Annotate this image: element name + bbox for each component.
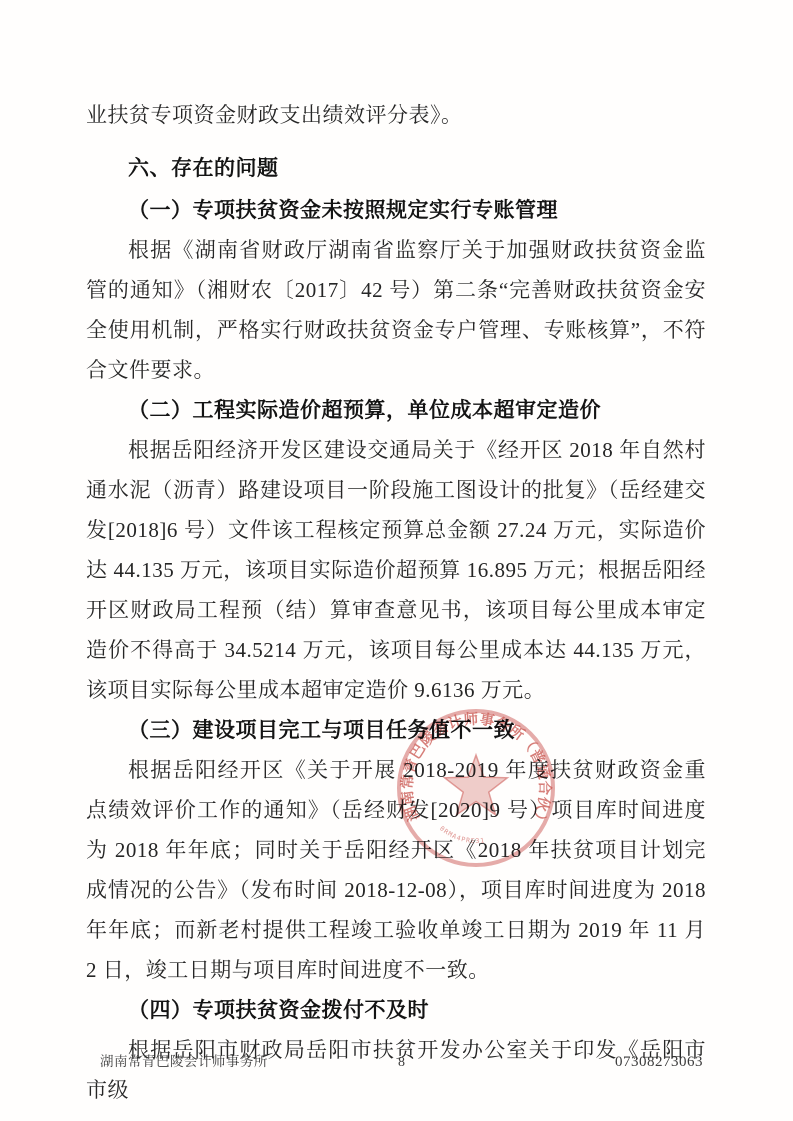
document-page: 业扶贫专项资金财政支出绩效评分表》。 六、存在的问题 （一）专项扶贫资金未按照规… bbox=[0, 0, 793, 1121]
paragraph-3: 根据岳阳经开区《关于开展 2018-2019 年度扶贫财政资金重点绩效评价工作的… bbox=[86, 750, 706, 990]
subsection-heading-3: （三）建设项目完工与项目任务值不一致 bbox=[86, 710, 706, 750]
document-body: 业扶贫专项资金财政支出绩效评分表》。 六、存在的问题 （一）专项扶贫资金未按照规… bbox=[86, 95, 706, 1110]
footer-firm-name: 湖南常青巴陵会计师事务所 bbox=[100, 1050, 398, 1070]
continuation-line: 业扶贫专项资金财政支出绩效评分表》。 bbox=[86, 95, 706, 135]
section-heading-problems: 六、存在的问题 bbox=[86, 148, 706, 188]
subsection-heading-4: （四）专项扶贫资金拨付不及时 bbox=[86, 990, 706, 1030]
paragraph-1: 根据《湖南省财政厅湖南省监察厅关于加强财政扶贫资金监管的通知》（湘财农〔2017… bbox=[86, 230, 706, 390]
footer-code: 07308273063 bbox=[405, 1054, 703, 1071]
footer-page-number: 8 bbox=[398, 1055, 405, 1071]
paragraph-2: 根据岳阳经济开发区建设交通局关于《经开区 2018 年自然村通水泥（沥青）路建设… bbox=[86, 430, 706, 710]
subsection-heading-2: （二）工程实际造价超预算，单位成本超审定造价 bbox=[86, 390, 706, 430]
page-footer: 湖南常青巴陵会计师事务所 8 07308273063 bbox=[0, 1050, 793, 1071]
subsection-heading-1: （一）专项扶贫资金未按照规定实行专账管理 bbox=[86, 190, 706, 230]
